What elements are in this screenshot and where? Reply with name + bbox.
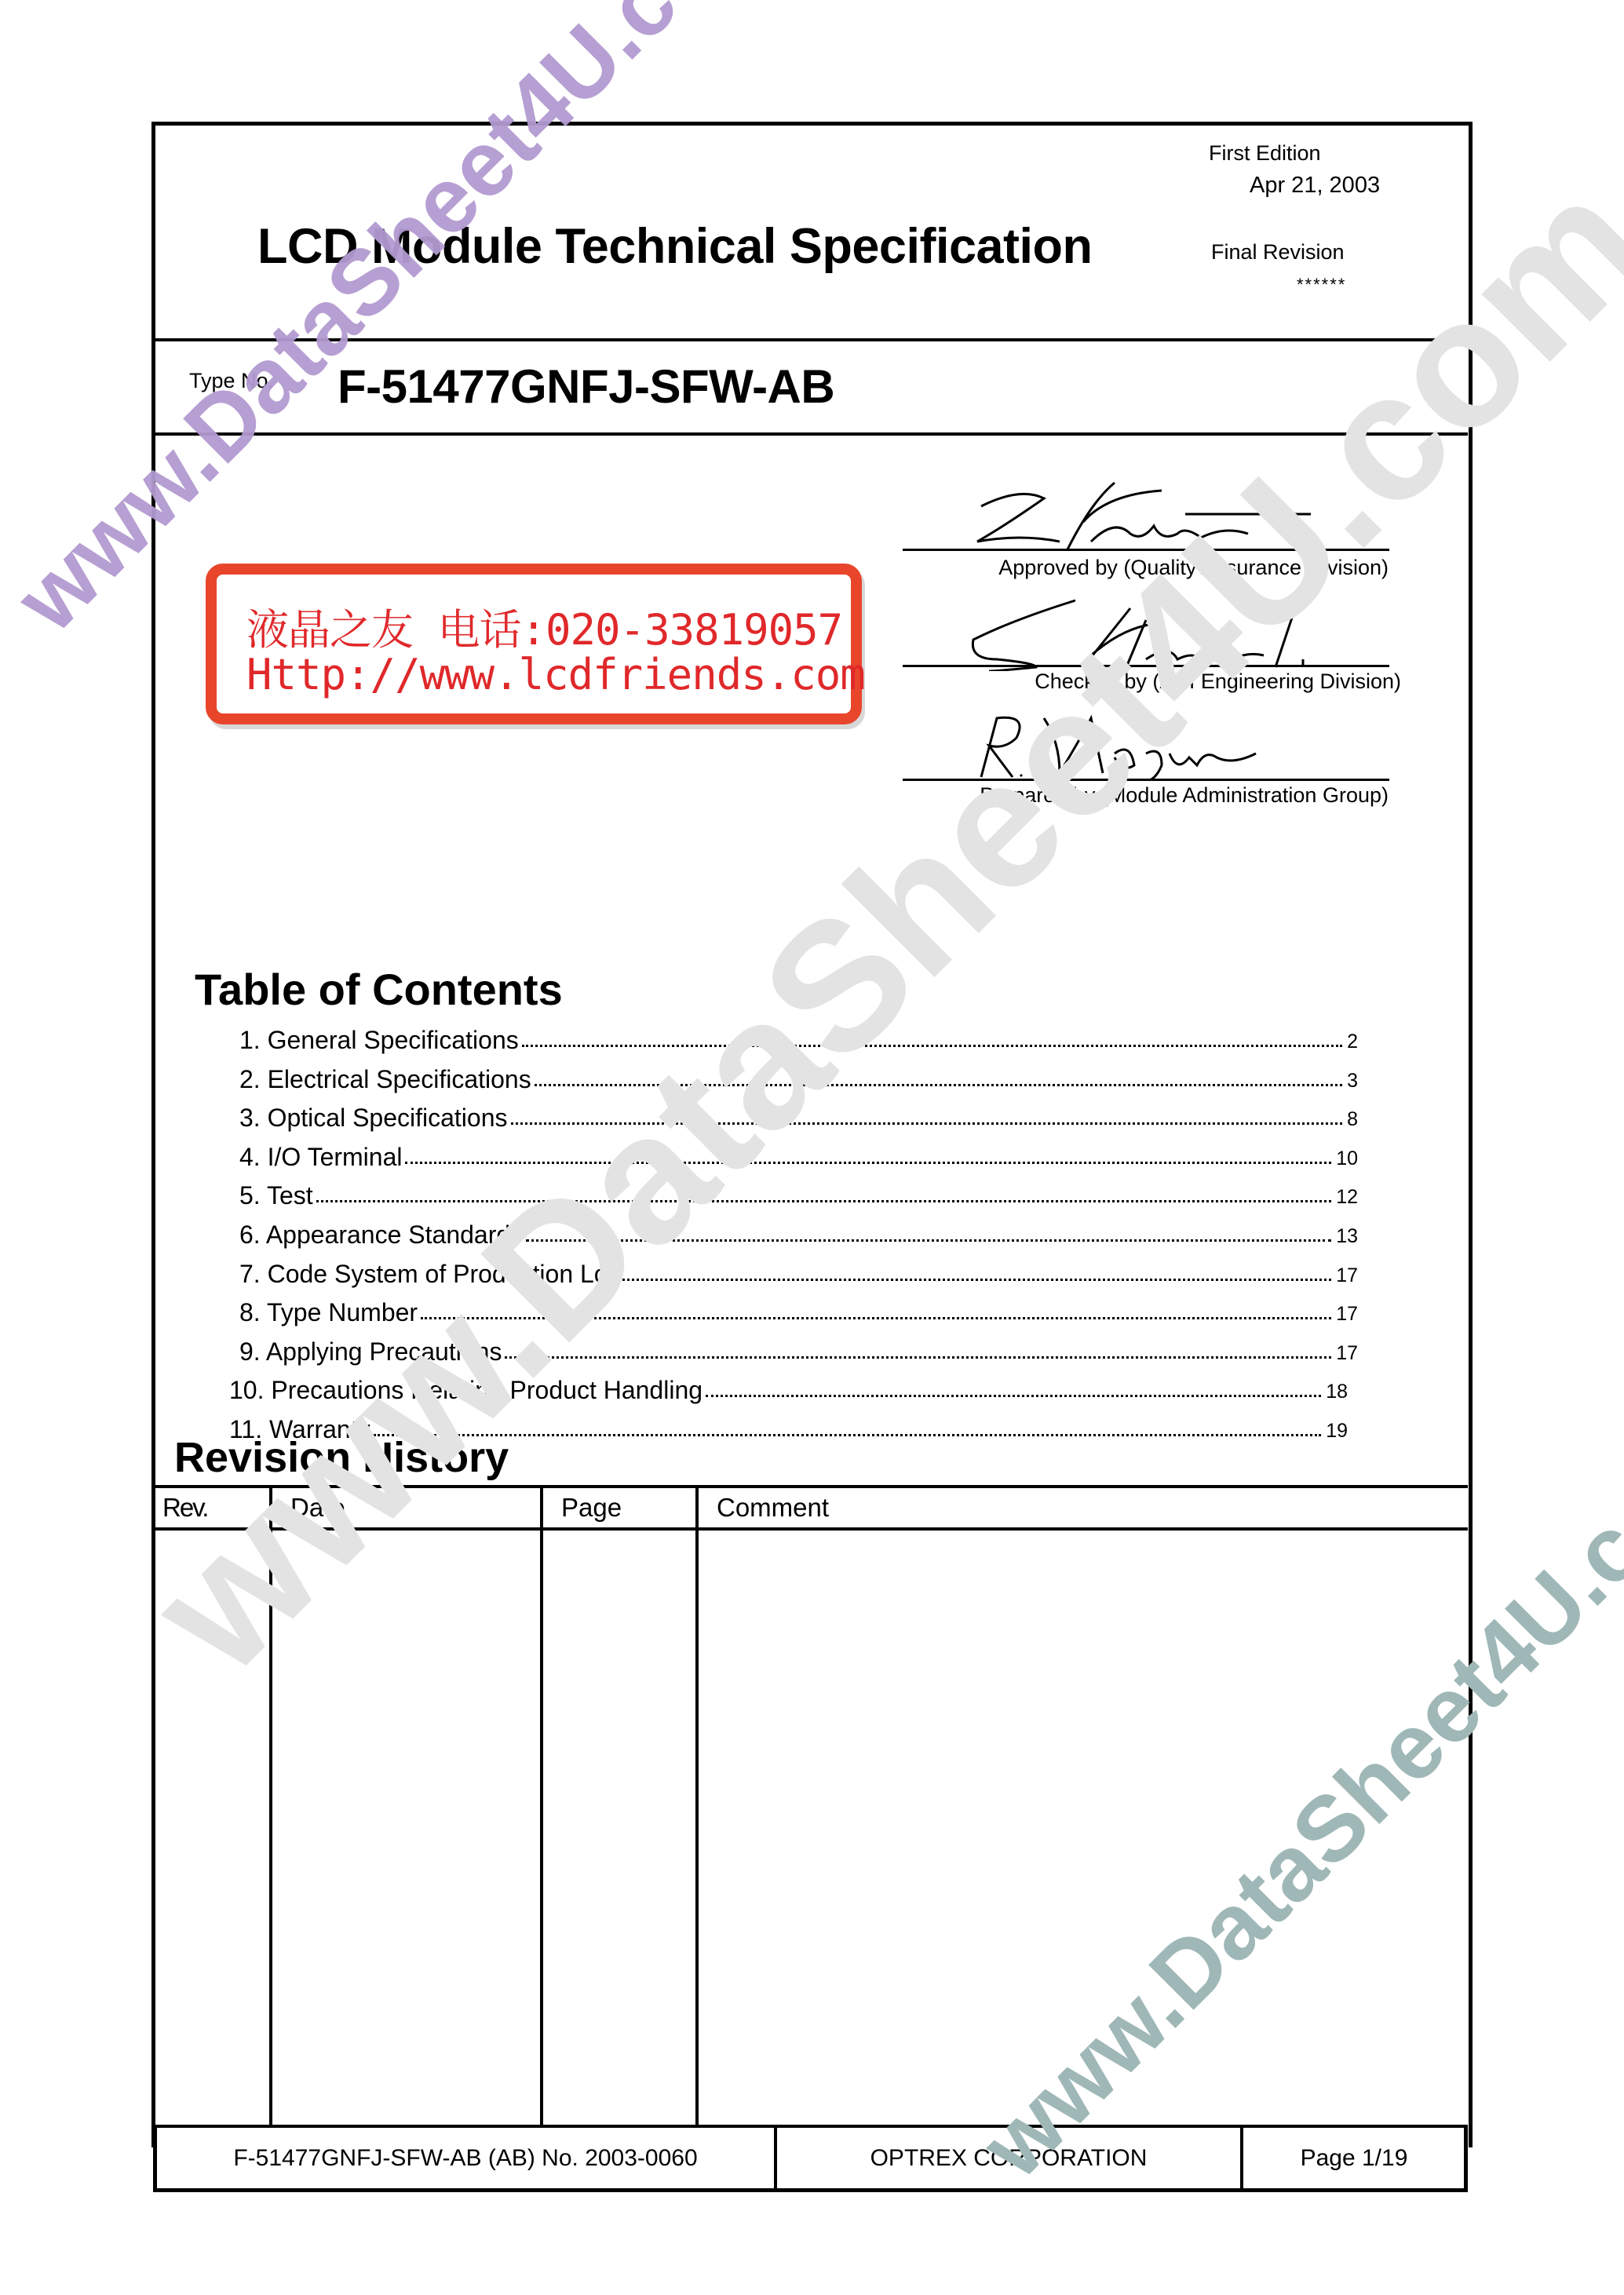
column-header-rev: Rev. (162, 1493, 207, 1523)
toc-item-label: 10. Precautions Relating Product Handlin… (229, 1376, 706, 1405)
signature-prepared (973, 710, 1303, 781)
toc-item-label: 8. Type Number (239, 1298, 421, 1327)
toc-leader-dots (421, 1317, 1331, 1319)
column-header-comment: Comment (717, 1493, 829, 1523)
footer-company: OPTREX CORPORATION (777, 2128, 1240, 2189)
signature-line (903, 549, 1389, 551)
toc-leader-dots (522, 1045, 1342, 1047)
type-no: F-51477GNFJ-SFW-AB (338, 359, 834, 414)
toc-leader-dots (374, 1434, 1322, 1436)
toc-item-page: 12 (1336, 1186, 1358, 1210)
toc-item-label: 6. Appearance Standards (239, 1220, 526, 1250)
toc-item-label: 3. Optical Specifications (239, 1104, 511, 1133)
toc-heading: Table of Contents (195, 964, 563, 1015)
toc-item-label: 2. Electrical Specifications (239, 1065, 535, 1094)
toc-item[interactable]: 6. Appearance Standards13 (239, 1215, 1358, 1250)
toc-item-page: 17 (1336, 1303, 1358, 1327)
toc-item[interactable]: 8. Type Number17 (239, 1293, 1358, 1327)
toc-leader-dots (505, 1356, 1331, 1359)
toc-item-label: 9. Applying Precautions (239, 1337, 505, 1366)
toc-item-page: 17 (1336, 1342, 1358, 1366)
edition-date: Apr 21, 2003 (1250, 173, 1380, 199)
toc-item[interactable]: 7. Code System of Production Lot17 (239, 1254, 1358, 1289)
revision-history-heading: Revision History (174, 1433, 509, 1482)
toc-item-label: 1. General Specifications (239, 1026, 522, 1055)
toc-item-page: 18 (1326, 1381, 1348, 1405)
table-top-border (153, 1485, 1468, 1488)
toc-item[interactable]: 2. Electrical Specifications3 (239, 1060, 1358, 1094)
toc-item-page: 13 (1336, 1225, 1358, 1250)
document-title: LCD Module Technical Specification (257, 218, 1092, 275)
toc-item-page: 10 (1336, 1147, 1358, 1172)
signature-caption-prepared: Prepared by (Module Administration Group… (980, 783, 1389, 808)
toc-leader-dots (535, 1084, 1342, 1086)
toc-item[interactable]: 10. Precautions Relating Product Handlin… (229, 1370, 1348, 1405)
column-divider (695, 1485, 699, 2125)
signature-approved (973, 479, 1334, 553)
footer-page: Page 1/19 (1243, 2128, 1465, 2189)
edition-label: First Edition (1209, 141, 1321, 166)
toc-item-page: 19 (1326, 1420, 1348, 1444)
toc-leader-dots (316, 1200, 1332, 1202)
toc-item-page: 3 (1347, 1070, 1358, 1094)
toc-leader-dots (618, 1279, 1331, 1281)
divider (153, 338, 1468, 341)
signature-caption-checked: Checked by (ACI Engineering Division) (1035, 670, 1401, 694)
toc-item-page: 8 (1347, 1108, 1358, 1133)
stamp-line-1: 液晶之友 电话:020-33819057 (246, 597, 842, 657)
toc-item-label: 4. I/O Terminal (239, 1143, 405, 1172)
toc-item[interactable]: 3. Optical Specifications8 (239, 1098, 1358, 1133)
vendor-stamp: 液晶之友 电话:020-33819057 Http://www.lcdfrien… (206, 564, 862, 724)
type-no-label: Type No. (189, 369, 274, 393)
column-divider (540, 1485, 543, 2125)
footer-doc-id: F-51477GNFJ-SFW-AB (AB) No. 2003-0060 (157, 2128, 774, 2189)
column-header-date: Date (290, 1493, 345, 1523)
toc-item[interactable]: 5. Test12 (239, 1176, 1358, 1210)
page-frame (151, 122, 1473, 2147)
signature-line (903, 665, 1389, 667)
page-footer: F-51477GNFJ-SFW-AB (AB) No. 2003-0060 OP… (153, 2125, 1468, 2192)
toc-item[interactable]: 1. General Specifications2 (239, 1020, 1358, 1055)
toc-item[interactable]: 4. I/O Terminal10 (239, 1137, 1358, 1172)
revision-label: Final Revision (1211, 240, 1345, 265)
stamp-line-2: Http://www.lcdfriends.com (246, 650, 865, 699)
signature-caption-approved: Approved by (Quality Assurance Division) (998, 556, 1389, 580)
toc-item-page: 17 (1336, 1264, 1358, 1289)
toc-item-page: 2 (1347, 1031, 1358, 1055)
toc-leader-dots (526, 1239, 1331, 1242)
toc-item[interactable]: 9. Applying Precautions17 (239, 1332, 1358, 1366)
toc-item-label: 5. Test (239, 1181, 316, 1210)
toc-item-label: 7. Code System of Production Lot (239, 1260, 618, 1289)
signature-checked (965, 597, 1342, 671)
column-header-page: Page (561, 1493, 622, 1523)
toc-leader-dots (511, 1122, 1343, 1125)
signature-line (903, 779, 1389, 781)
column-divider (269, 1485, 272, 2125)
revision-value: ****** (1297, 275, 1346, 295)
divider (153, 432, 1468, 436)
toc-leader-dots (405, 1162, 1331, 1164)
table-header-border (153, 1527, 1468, 1531)
toc-leader-dots (706, 1395, 1321, 1397)
